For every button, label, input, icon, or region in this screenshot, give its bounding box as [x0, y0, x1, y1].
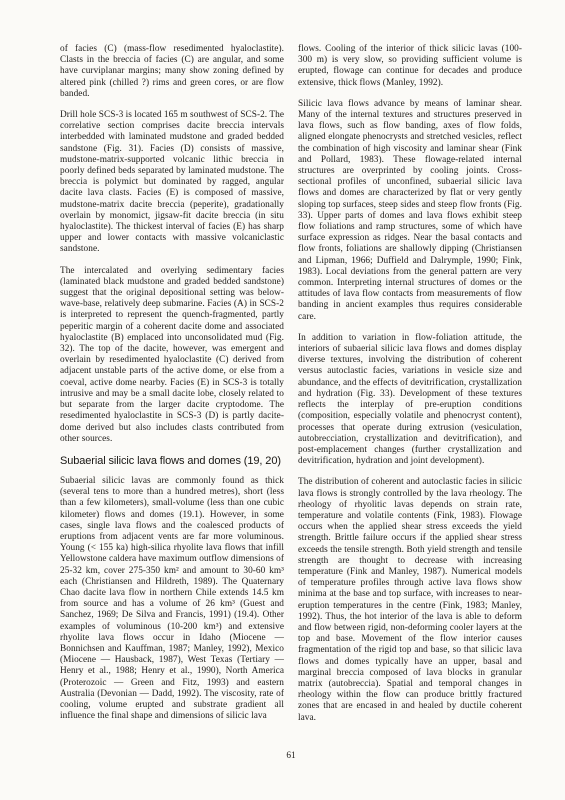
document-page: of facies (C) (mass-flow resedimented hy… — [0, 0, 565, 800]
paragraph-laminar-shear: Silicic lava flows advance by means of l… — [298, 99, 522, 323]
paragraph-flow-foliation: In addition to variation in flow-foliati… — [298, 333, 522, 467]
paragraph-drill-hole-scs3: Drill hole SCS-3 is located 165 m southw… — [60, 110, 284, 256]
left-column: of facies (C) (mass-flow resedimented hy… — [60, 44, 284, 724]
section-heading: Subaerial silicic lava flows and domes (… — [60, 455, 284, 467]
right-column: flows. Cooling of the interior of thick … — [298, 44, 522, 724]
paragraph-facies-c: of facies (C) (mass-flow resedimented hy… — [60, 44, 284, 100]
text-columns: of facies (C) (mass-flow resedimented hy… — [60, 44, 522, 724]
paragraph-cooling-interior: flows. Cooling of the interior of thick … — [298, 44, 522, 89]
page-number: 61 — [60, 751, 522, 761]
paragraph-subaerial-lavas: Subaerial silicic lavas are commonly fou… — [60, 476, 284, 722]
paragraph-intercalated-facies: The intercalated and overlying sedimenta… — [60, 266, 284, 445]
paragraph-rheology: The distribution of coherent and autocla… — [298, 477, 522, 723]
